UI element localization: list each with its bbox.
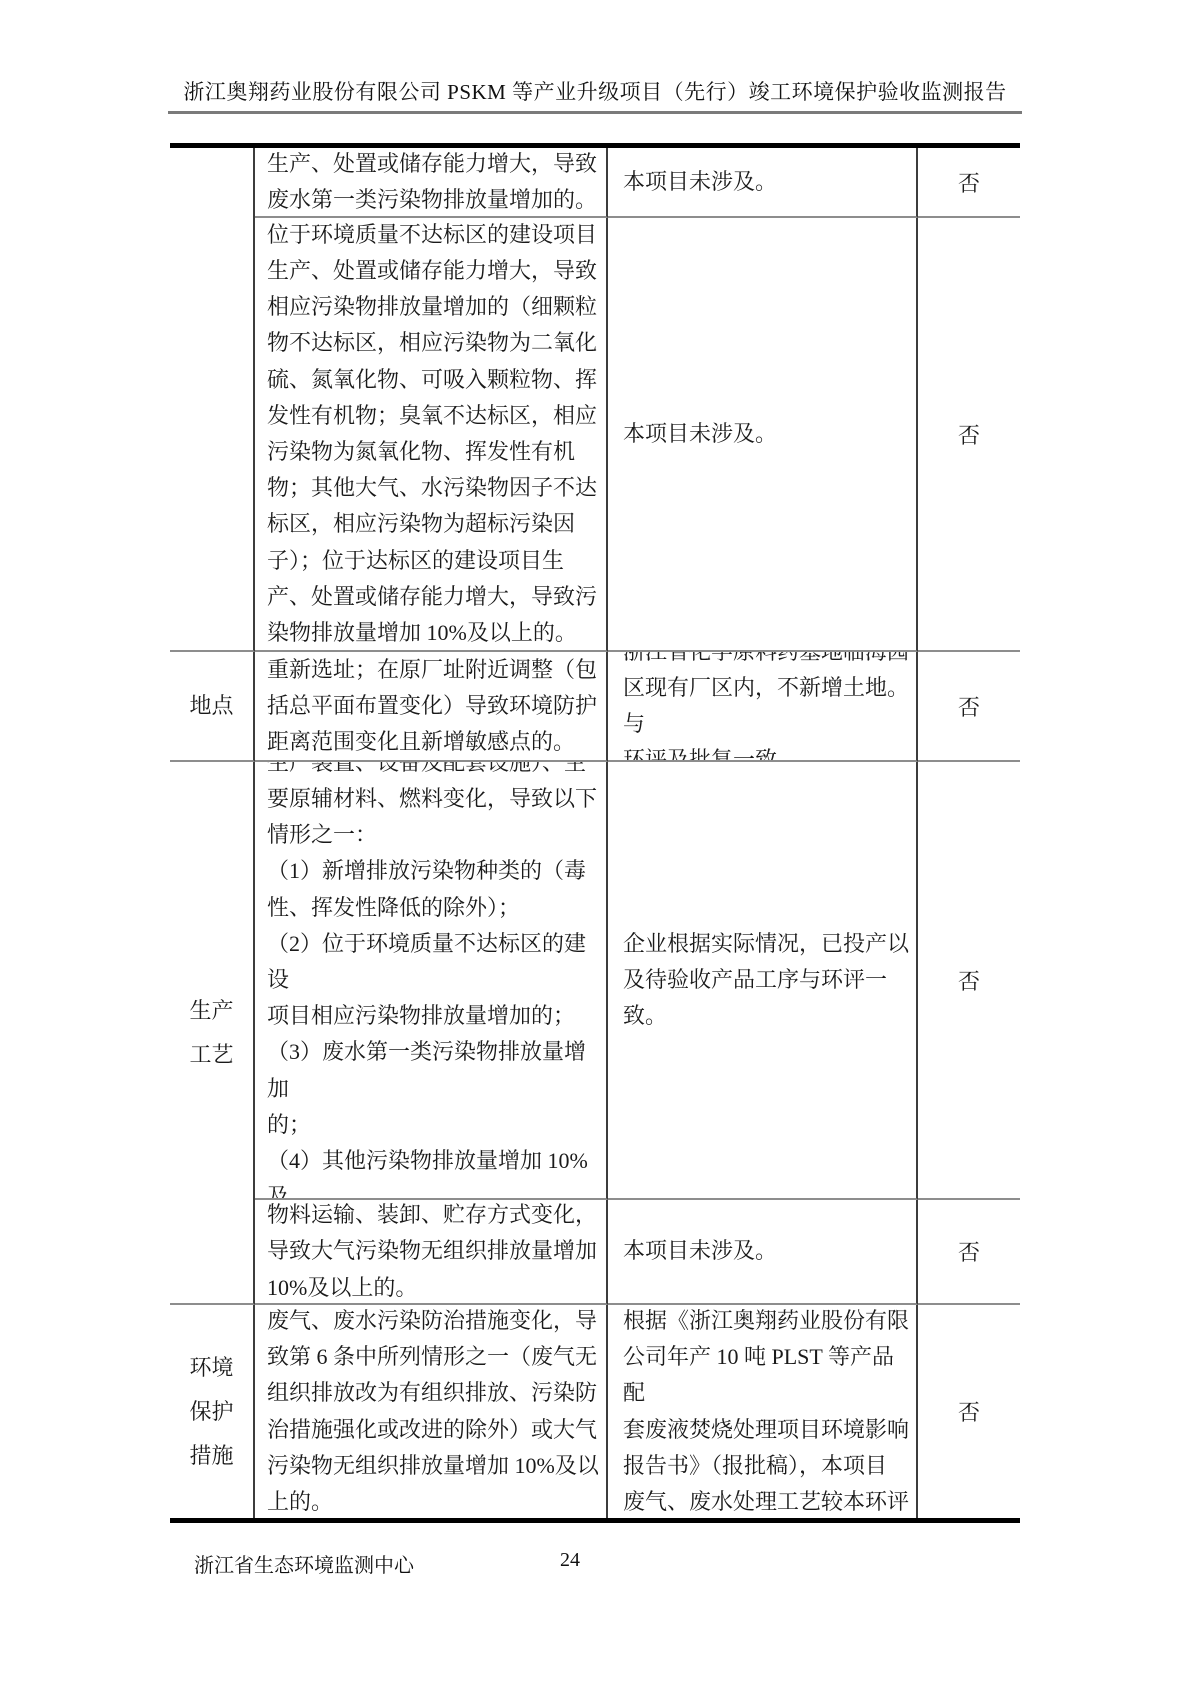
category-cell-location: 地点 [170, 652, 255, 762]
category-cell-production-process: 生产 工艺 [170, 762, 255, 1305]
requirement-cell: 新增产品品种或生产工艺（含主要 生产装置、设备及配套设施）、主 要原辅材料、燃料… [255, 762, 608, 1200]
major-change-cell: 否 [918, 218, 1020, 652]
footer-page-number: 24 [560, 1549, 580, 1572]
major-change-cell: 否 [918, 1305, 1020, 1518]
requirement-cell: 重新选址；在原厂址附近调整（包 括总平面布置变化）导致环境防护 距离范围变化且新… [255, 652, 608, 762]
acceptance-comparison-table: 地点 生产 工艺 环境 保护 措施 生产、处置或储存能力增大，导致 废水第一类污… [170, 143, 1020, 1523]
requirement-cell: 生产、处置或储存能力增大，导致 废水第一类污染物排放量增加的。 [255, 148, 608, 218]
actual-situation-cell: 本项目未涉及。 [608, 218, 918, 652]
header-rule [168, 111, 1022, 114]
major-change-cell: 否 [918, 762, 1020, 1200]
major-change-cell: 否 [918, 1200, 1020, 1305]
document-page: 浙江奥翔药业股份有限公司 PSKM 等产业升级项目（先行）竣工环境保护验收监测报… [0, 0, 1190, 1683]
actual-situation-cell: 企业根据实际情况，已投产以 及待验收产品工序与环评一 致。 [608, 762, 918, 1200]
footer-organization: 浙江省生态环境监测中心 [194, 1549, 414, 1578]
actual-situation-cell: 本项目未涉及。 [608, 1200, 918, 1305]
actual-situation-cell: 根据《浙江奥翔药业股份有限 公司年产 10 吨 PLST 等产品配 套废液焚烧处… [608, 1305, 918, 1518]
actual-situation-cell: 本项目未涉及。 [608, 148, 918, 218]
actual-situation-cell: 浙江省化学原料药基地临海园 区现有厂区内，不新增土地。与 环评及批复一致。 [608, 652, 918, 762]
major-change-cell: 否 [918, 148, 1020, 218]
requirement-cell: 物料运输、装卸、贮存方式变化， 导致大气污染物无组织排放量增加 10%及以上的。 [255, 1200, 608, 1305]
major-change-cell: 否 [918, 652, 1020, 762]
category-cell-empty [170, 148, 255, 652]
requirement-cell: 位于环境质量不达标区的建设项目 生产、处置或储存能力增大，导致 相应污染物排放量… [255, 218, 608, 652]
header-title: 浙江奥翔药业股份有限公司 PSKM 等产业升级项目（先行）竣工环境保护验收监测报… [0, 76, 1190, 106]
category-cell-environmental-protection: 环境 保护 措施 [170, 1305, 255, 1518]
requirement-cell: 废气、废水污染防治措施变化，导 致第 6 条中所列情形之一（废气无 组织排放改为… [255, 1305, 608, 1518]
